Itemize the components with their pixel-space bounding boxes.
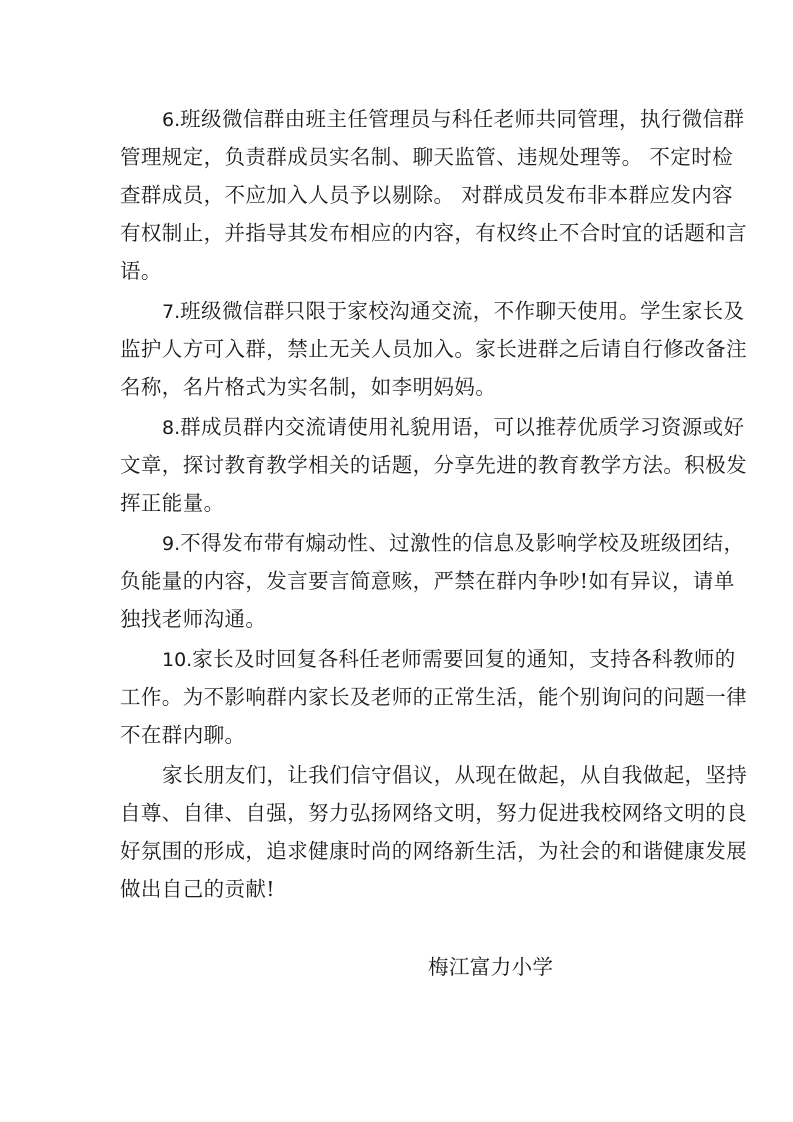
paragraph-line: 7.班级微信群只限于家校沟通交流，不作聊天使用。学生家长及 bbox=[120, 292, 676, 330]
rule-10-paragraph: 10.家长及时回复各科任老师需要回复的通知，支持各科教师的 工作。为不影响群内家… bbox=[120, 640, 676, 754]
paragraph-line: 查群成员，不应加入人员予以剔除。 对群成员发布非本群应发内容 bbox=[120, 176, 676, 214]
paragraph-line: 语。 bbox=[120, 252, 676, 290]
paragraph-line: 工作。为不影响群内家长及老师的正常生活，能个别询问的问题一律 bbox=[120, 678, 676, 716]
rule-number: 6. bbox=[162, 109, 180, 131]
paragraph-line: 监护人方可入群，禁止无关人员加入。家长进群之后请自行修改备注 bbox=[120, 330, 676, 368]
line-text: 不得发布带有煽动性、过激性的信息及影响学校及班级团结， bbox=[180, 531, 744, 555]
rule-number: 8. bbox=[162, 417, 180, 439]
line-text: 群成员群内交流请使用礼貌用语，可以推荐优质学习资源或好 bbox=[180, 415, 744, 439]
rule-number: 9. bbox=[162, 533, 180, 555]
paragraph-line: 不在群内聊。 bbox=[120, 716, 676, 754]
paragraph-line: 6.班级微信群由班主任管理员与科任老师共同管理，执行微信群 bbox=[120, 100, 676, 138]
paragraph-line: 9.不得发布带有煽动性、过激性的信息及影响学校及班级团结， bbox=[120, 524, 676, 562]
rule-7-paragraph: 7.班级微信群只限于家校沟通交流，不作聊天使用。学生家长及 监护人方可入群，禁止… bbox=[120, 292, 676, 406]
line-text: 家长及时回复各科任老师需要回复的通知，支持各科教师的 bbox=[192, 647, 735, 671]
paragraph-line: 名称，名片格式为实名制，如李明妈妈。 bbox=[120, 368, 676, 406]
closing-paragraph: 家长朋友们，让我们信守倡议，从现在做起，从自我做起，坚持 自尊、自律、自强，努力… bbox=[120, 756, 676, 908]
paragraph-line: 独找老师沟通。 bbox=[120, 600, 676, 638]
school-signature: 梅江富力小学 bbox=[428, 948, 553, 986]
paragraph-line: 管理规定，负责群成员实名制、聊天监管、违规处理等。 不定时检 bbox=[120, 138, 676, 176]
paragraph-line: 有权制止，并指导其发布相应的内容，有权终止不合时宜的话题和言 bbox=[120, 214, 676, 252]
paragraph-line: 自尊、自律、自强，努力弘扬网络文明，努力促进我校网络文明的良 bbox=[120, 794, 676, 832]
document-page: 6.班级微信群由班主任管理员与科任老师共同管理，执行微信群 管理规定，负责群成员… bbox=[0, 0, 793, 1122]
rule-number: 10. bbox=[162, 649, 192, 671]
paragraph-line: 8.群成员群内交流请使用礼貌用语，可以推荐优质学习资源或好 bbox=[120, 408, 676, 446]
paragraph-line: 文章，探讨教育教学相关的话题，分享先进的教育教学方法。积极发 bbox=[120, 446, 676, 484]
rule-8-paragraph: 8.群成员群内交流请使用礼貌用语，可以推荐优质学习资源或好 文章，探讨教育教学相… bbox=[120, 408, 676, 522]
document-body: 6.班级微信群由班主任管理员与科任老师共同管理，执行微信群 管理规定，负责群成员… bbox=[120, 100, 676, 910]
line-text: 班级微信群由班主任管理员与科任老师共同管理，执行微信群 bbox=[180, 107, 744, 131]
rule-9-paragraph: 9.不得发布带有煽动性、过激性的信息及影响学校及班级团结， 负能量的内容，发言要… bbox=[120, 524, 676, 638]
paragraph-line: 10.家长及时回复各科任老师需要回复的通知，支持各科教师的 bbox=[120, 640, 676, 678]
paragraph-line: 挥正能量。 bbox=[120, 484, 676, 522]
line-text: 班级微信群只限于家校沟通交流，不作聊天使用。学生家长及 bbox=[180, 299, 744, 323]
rule-6-paragraph: 6.班级微信群由班主任管理员与科任老师共同管理，执行微信群 管理规定，负责群成员… bbox=[120, 100, 676, 290]
paragraph-line: 负能量的内容，发言要言简意赅，严禁在群内争吵!如有异议，请单 bbox=[120, 562, 676, 600]
paragraph-line: 做出自己的贡献! bbox=[120, 870, 676, 908]
paragraph-line: 家长朋友们，让我们信守倡议，从现在做起，从自我做起，坚持 bbox=[120, 756, 676, 794]
paragraph-line: 好氛围的形成，追求健康时尚的网络新生活，为社会的和谐健康发展 bbox=[120, 832, 676, 870]
rule-number: 7. bbox=[162, 301, 180, 323]
